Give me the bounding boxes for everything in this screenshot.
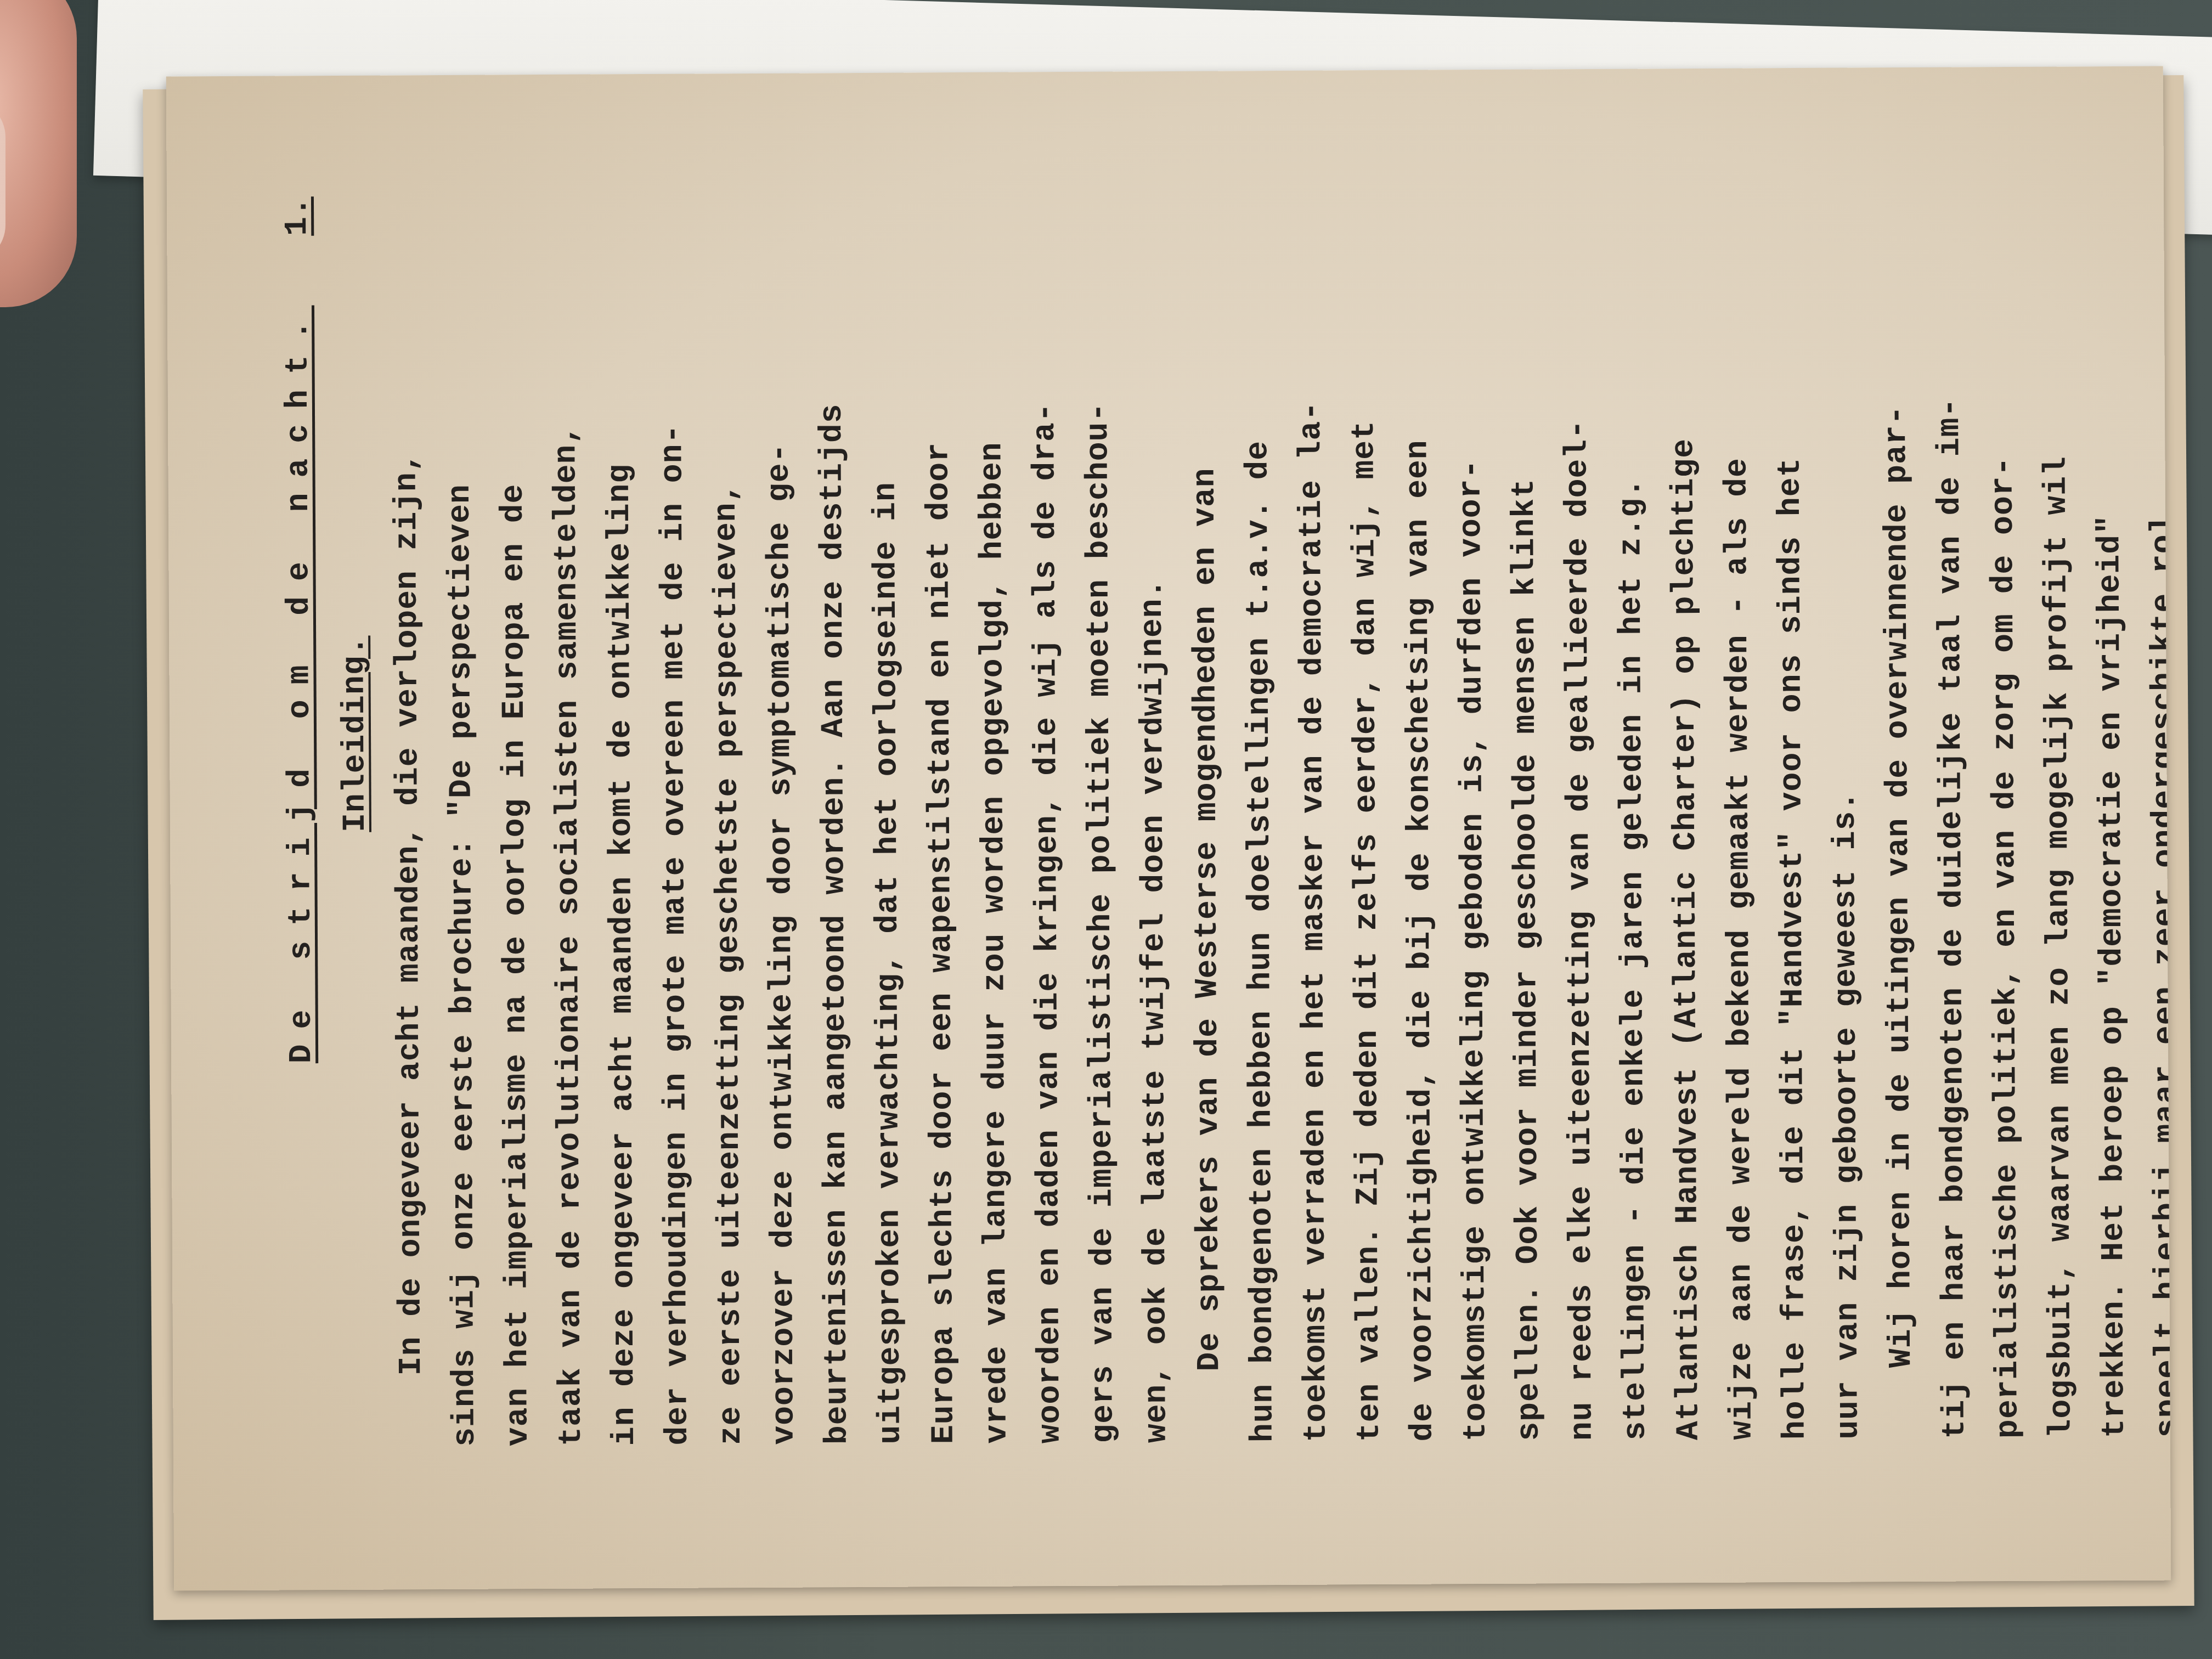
text-line: hun bondgenoten hebben hun doelstellinge… <box>1231 180 1290 1442</box>
text-line: toekomstige ontwikkeling geboden is, dur… <box>1443 179 1503 1441</box>
text-line: spellen. Ook voor minder geschoolde mens… <box>1497 179 1556 1441</box>
text-line: toekomst verraden en het masker van de d… <box>1284 180 1344 1442</box>
page-title: De strijd om de nacht. <box>272 305 329 1063</box>
section-heading: Inleiding. <box>326 185 385 1283</box>
text-line: ten vallen. Zij deden dit zelfs eerder, … <box>1337 180 1397 1442</box>
text-line: van het imperialisme na de oorlog in Eur… <box>486 184 545 1446</box>
text-line: wen, ook de laatste twijfel doen verdwij… <box>1124 181 1184 1443</box>
text-line: perialistische politiek, en van de zorg … <box>1976 177 2035 1438</box>
page-number: 1. <box>271 196 324 236</box>
text-line: Atlantisch Handvest (Atlantic Charter) o… <box>1656 178 1716 1440</box>
text-line: trekken. Het beroep op "democratie en vr… <box>2082 176 2142 1438</box>
text-line: Wij horen in de uitingen van de overwinn… <box>1869 177 1929 1439</box>
text-line: sinds wij onze eerste brochure: "De pers… <box>432 185 492 1447</box>
text-line: de voorzichtigheid, die bij de konschets… <box>1390 179 1450 1441</box>
text-line: gers van de imperialistische politiek mo… <box>1071 181 1131 1443</box>
typewritten-page: De strijd om de nacht. 1. Inleiding. In … <box>166 66 2171 1590</box>
text-line: der verhoudingen in grote mate overeen m… <box>645 183 705 1445</box>
body-text: In de ongeveer acht maanden, die verlope… <box>379 173 2171 1447</box>
thumbnail <box>0 99 5 263</box>
text-line: tij en haar bondgenoten de duidelijke ta… <box>1922 177 1982 1438</box>
text-line: in deze ongeveer acht maanden komt de on… <box>592 184 652 1446</box>
text-line: holle frase, die dit "Handvest" voor ons… <box>1763 178 1822 1440</box>
text-line: In de ongeveer acht maanden, die verlope… <box>379 185 439 1447</box>
page-header: De strijd om de nacht. 1. <box>260 185 332 1481</box>
text-line: logsbuit, waarvan men zo lang mogelijk p… <box>2029 176 2089 1438</box>
thumb <box>0 0 77 307</box>
text-line: uur van zijn geboorte geweest is. <box>1816 177 1876 1439</box>
text-line: uitgesproken verwachting, dat het oorlog… <box>858 182 918 1444</box>
text-line: nu reeds elke uiteenzetting van de geall… <box>1550 179 1610 1441</box>
text-line: woorden en daden van die kringen, die wi… <box>1018 182 1077 1443</box>
text-line: De sprekers van de Westerse mogendheden … <box>1177 180 1237 1442</box>
text-line: stellingen - die enkele jaren geleden in… <box>1603 178 1663 1440</box>
text-line: wijze aan de wereld bekend gemaakt werde… <box>1709 178 1769 1440</box>
text-line: ze eerste uiteenzetting geschetste persp… <box>698 183 758 1445</box>
text-line: Europa slechts door een wapenstilstand e… <box>911 182 971 1444</box>
text-line: beurtenissen kan aangetoond worden. Aan … <box>805 183 865 1444</box>
text-line: taak van de revolutionaire socialisten s… <box>539 184 599 1446</box>
desk-background: De strijd om de nacht. 1. Inleiding. In … <box>0 0 2212 1659</box>
page-content: De strijd om de nacht. 1. Inleiding. In … <box>260 176 2077 1480</box>
text-line: vrede van langere duur zou worden opgevo… <box>964 182 1024 1443</box>
text-line: voorzover deze ontwikkeling door symptom… <box>752 183 811 1444</box>
section-heading-text: Inleiding. <box>337 636 374 832</box>
